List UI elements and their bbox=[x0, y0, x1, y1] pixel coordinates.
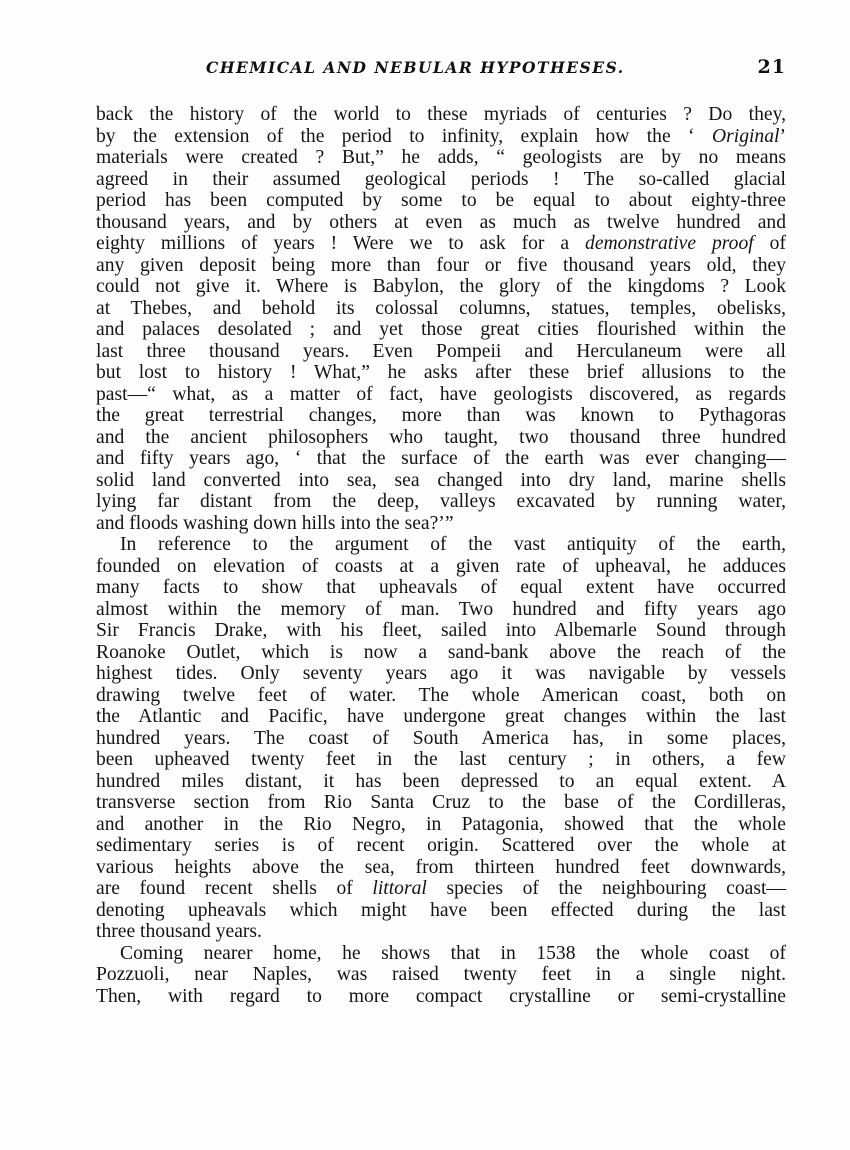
text-line: period has been computed by some to be e… bbox=[96, 190, 786, 212]
text-line: highest tides. Only seventy years ago it… bbox=[96, 663, 786, 685]
text-line: Then, with regard to more compact crysta… bbox=[96, 986, 786, 1008]
body-text: back the history of the world to these m… bbox=[96, 104, 786, 1007]
text-line: Coming nearer home, he shows that in 153… bbox=[96, 943, 786, 965]
italic-phrase: littoral bbox=[372, 878, 426, 899]
text-line: agreed in their assumed geological perio… bbox=[96, 169, 786, 191]
text-line: almost within the memory of man. Two hun… bbox=[96, 599, 786, 621]
text-line: sedimentary series is of recent origin. … bbox=[96, 835, 786, 857]
text-line: been upheaved twenty feet in the last ce… bbox=[96, 749, 786, 771]
text-line: by the extension of the period to infini… bbox=[96, 126, 786, 148]
text-line: many facts to show that upheavals of equ… bbox=[96, 577, 786, 599]
text-line: Sir Francis Drake, with his fleet, saile… bbox=[96, 620, 786, 642]
text-line: and the ancient philosophers who taught,… bbox=[96, 427, 786, 449]
page-number: 21 bbox=[758, 56, 786, 78]
text-line: and floods washing down hills into the s… bbox=[96, 513, 786, 535]
text-line: materials were created ? But,” he adds, … bbox=[96, 147, 786, 169]
text-line: lying far distant from the deep, valleys… bbox=[96, 491, 786, 513]
text-line: solid land converted into sea, sea chang… bbox=[96, 470, 786, 492]
text-line: the great terrestrial changes, more than… bbox=[96, 405, 786, 427]
book-page: CHEMICAL AND NEBULAR HYPOTHESES. 21 back… bbox=[0, 0, 850, 1150]
text-line: hundred miles distant, it has been depre… bbox=[96, 771, 786, 793]
text-line: and fifty years ago, ‘ that the surface … bbox=[96, 448, 786, 470]
text-line: founded on elevation of coasts at a give… bbox=[96, 556, 786, 578]
italic-phrase: demonstrative proof bbox=[585, 233, 754, 254]
running-head: CHEMICAL AND NEBULAR HYPOTHESES. 21 bbox=[96, 58, 786, 82]
text-line: are found recent shells of littoral spec… bbox=[96, 878, 786, 900]
text-line: any given deposit being more than four o… bbox=[96, 255, 786, 277]
text-line: transverse section from Rio Santa Cruz t… bbox=[96, 792, 786, 814]
text-line: the Atlantic and Pacific, have undergone… bbox=[96, 706, 786, 728]
text-line: could not give it. Where is Babylon, the… bbox=[96, 276, 786, 298]
text-line: Roanoke Outlet, which is now a sand-bank… bbox=[96, 642, 786, 664]
text-line: back the history of the world to these m… bbox=[96, 104, 786, 126]
text-line: denoting upheavals which might have been… bbox=[96, 900, 786, 922]
text-line: drawing twelve feet of water. The whole … bbox=[96, 685, 786, 707]
text-line: In reference to the argument of the vast… bbox=[96, 534, 786, 556]
text-line: Pozzuoli, near Naples, was raised twenty… bbox=[96, 964, 786, 986]
text-line: at Thebes, and behold its colossal colum… bbox=[96, 298, 786, 320]
text-line: past—“ what, as a matter of fact, have g… bbox=[96, 384, 786, 406]
text-line: and another in the Rio Negro, in Patagon… bbox=[96, 814, 786, 836]
text-line: last three thousand years. Even Pompeii … bbox=[96, 341, 786, 363]
text-line: hundred years. The coast of South Americ… bbox=[96, 728, 786, 750]
text-line: eighty millions of years ! Were we to as… bbox=[96, 233, 786, 255]
text-line: three thousand years. bbox=[96, 921, 786, 943]
text-line: but lost to history ! What,” he asks aft… bbox=[96, 362, 786, 384]
text-line: thousand years, and by others at even as… bbox=[96, 212, 786, 234]
running-head-title: CHEMICAL AND NEBULAR HYPOTHESES. bbox=[206, 58, 625, 77]
text-line: various heights above the sea, from thir… bbox=[96, 857, 786, 879]
italic-phrase: Original bbox=[712, 126, 780, 147]
text-line: and palaces desolated ; and yet those gr… bbox=[96, 319, 786, 341]
